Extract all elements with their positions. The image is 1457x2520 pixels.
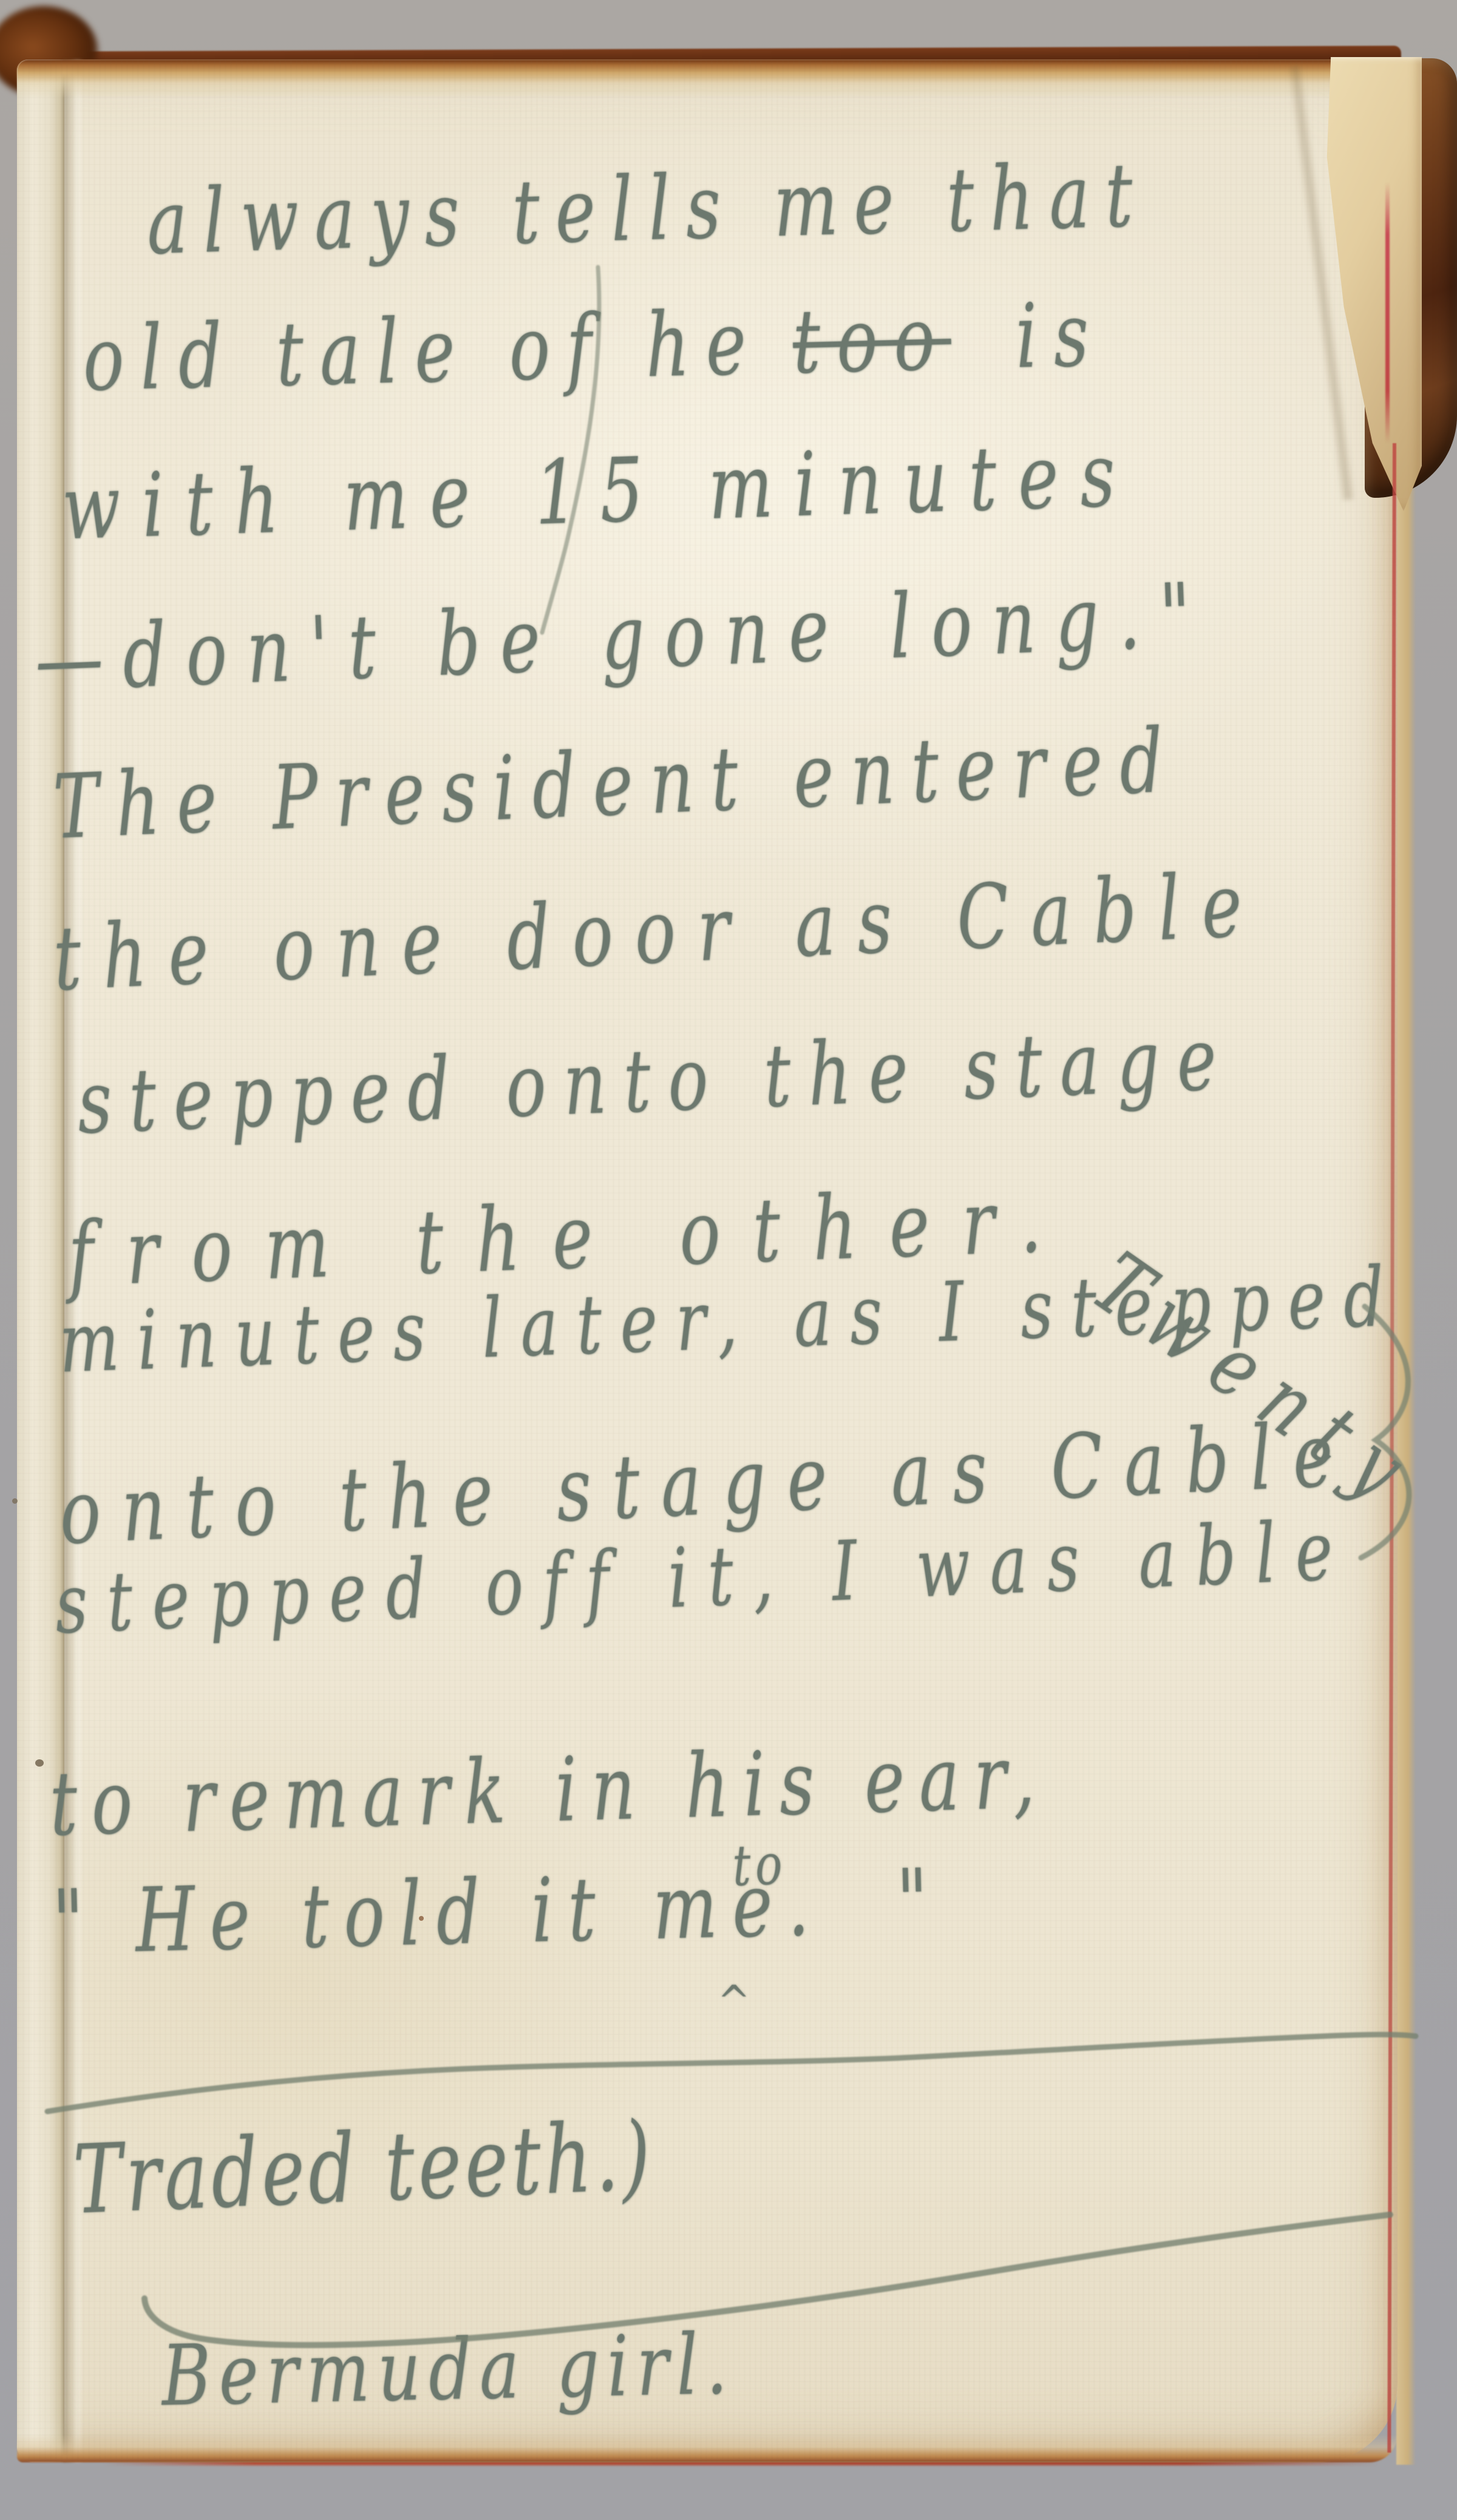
pencil-stroke-marks [0,0,1457,2520]
paper-speck [419,1916,424,1921]
paper-speck [35,1759,44,1767]
pencil-divider-1 [47,2034,1416,2111]
flourish-brace [1361,1306,1409,1558]
long-descender-stroke [542,267,599,633]
pencil-divider-2 [144,2215,1390,2345]
scanned-notebook-page: always tells me that old tale of hetoois… [0,0,1457,2520]
paper-speck [12,1498,18,1504]
